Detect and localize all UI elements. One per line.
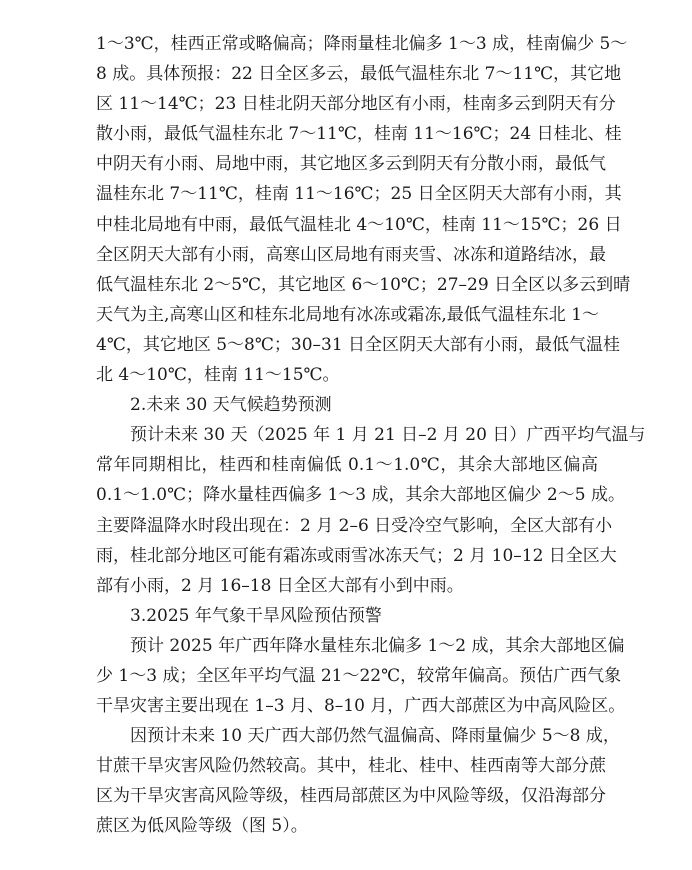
text-line: 0.1～1.0℃；降水量桂西偏多 1～3 成，其余大部地区偏少 2～5 成。 [96,480,598,510]
text-line: 4℃，其它地区 5～8℃；30–31 日全区阴天大部有小雨，最低气温桂 [96,330,598,360]
heading-line: 3.2025 年气象干旱风险预估预警 [96,601,598,631]
text-line: 蔗区为低风险等级（图 5）。 [96,811,598,841]
paragraph-annual-outlook: 预计 2025 年广西年降水量桂东北偏多 1～2 成，其余大部地区偏 少 1～3… [96,631,598,721]
text-line: 天气为主,高寒山区和桂东北局地有冰冻或霜冻,最低气温桂东北 1～ [96,300,598,330]
text-line: 干旱灾害主要出现在 1–3 月、8–10 月，广西大部蔗区为中高风险区。 [96,691,598,721]
text-line: 预计 2025 年广西年降水量桂东北偏多 1～2 成，其余大部地区偏 [96,631,598,661]
text-line: 散小雨，最低气温桂东北 7～11℃，桂南 11～16℃；24 日桂北、桂 [96,119,598,149]
section-heading-drought-warning: 3.2025 年气象干旱风险预估预警 [96,601,598,631]
heading-line: 2.未来 30 天气候趋势预测 [96,390,598,420]
text-line: 因预计未来 10 天广西大部仍然气温偏高、降雨量偏少 5～8 成， [96,721,598,751]
text-line: 中阴天有小雨、局地中雨，其它地区多云到阴天有分散小雨，最低气 [96,149,598,179]
text-line: 部有小雨，2 月 16–18 日全区大部有小到中雨。 [96,571,598,601]
paragraph-sugarcane-risk: 因预计未来 10 天广西大部仍然气温偏高、降雨量偏少 5～8 成， 甘蔗干旱灾害… [96,721,598,841]
text-line: 低气温桂东北 2～5℃，其它地区 6～10℃；27–29 日全区以多云到晴 [96,270,598,300]
text-line: 北 4～10℃，桂南 11～15℃。 [96,360,598,390]
text-line: 主要降温降水时段出现在：2 月 2–6 日受冷空气影响，全区大部有小 [96,511,598,541]
text-line: 预计未来 30 天（2025 年 1 月 21 日–2 月 20 日）广西平均气… [96,420,598,450]
text-line: 区 11～14℃；23 日桂北阴天部分地区有小雨，桂南多云到阴天有分 [96,89,598,119]
text-line: 中桂北局地有中雨，最低气温桂北 4～10℃，桂南 11～15℃；26 日 [96,210,598,240]
text-line: 少 1～3 成；全区年平均气温 21～22℃，较常年偏高。预估广西气象 [96,661,598,691]
text-line: 甘蔗干旱灾害风险仍然较高。其中，桂北、桂中、桂西南等大部分蔗 [96,751,598,781]
text-line: 1～3℃，桂西正常或略偏高；降雨量桂北偏多 1～3 成，桂南偏少 5～ [96,29,598,59]
text-line: 常年同期相比，桂西和桂南偏低 0.1～1.0℃，其余大部地区偏高 [96,450,598,480]
text-line: 区为干旱灾害高风险等级，桂西局部蔗区为中风险等级，仅沿海部分 [96,781,598,811]
paragraph-30day-forecast: 预计未来 30 天（2025 年 1 月 21 日–2 月 20 日）广西平均气… [96,420,598,601]
text-line: 8 成。具体预报：22 日全区多云，最低气温桂东北 7～11℃，其它地 [96,59,598,89]
paragraph-10day-forecast-continued: 1～3℃，桂西正常或略偏高；降雨量桂北偏多 1～3 成，桂南偏少 5～ 8 成。… [96,29,598,390]
text-line: 温桂东北 7～11℃，桂南 11～16℃；25 日全区阴天大部有小雨，其 [96,179,598,209]
text-line: 全区阴天大部有小雨，高寒山区局地有雨夹雪、冰冻和道路结冰，最 [96,240,598,270]
text-line: 雨，桂北部分地区可能有霜冻或雨雪冰冻天气；2 月 10–12 日全区大 [96,541,598,571]
section-heading-30day-trend: 2.未来 30 天气候趋势预测 [96,390,598,420]
document-page: 1～3℃，桂西正常或略偏高；降雨量桂北偏多 1～3 成，桂南偏少 5～ 8 成。… [96,29,598,842]
